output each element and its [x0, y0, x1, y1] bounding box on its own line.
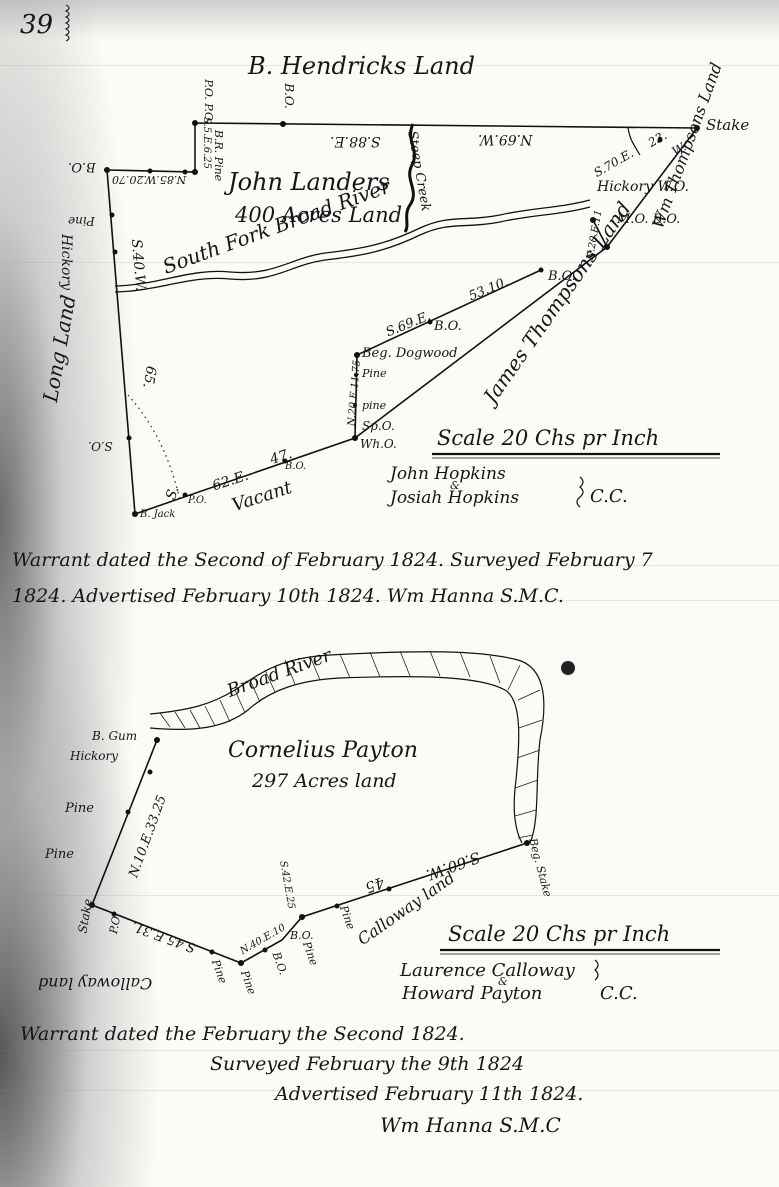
plat1-bearing-nw-jog: S.5.E.6.25 [201, 117, 211, 169]
plat1-corner-pine-west: Pine [68, 215, 95, 227]
plat2-adjoiner-southwest: Calloway land [38, 975, 152, 991]
plat2-acreage: 297 Acres land [252, 772, 397, 791]
plat2-certification-line1: Warrant dated the February the Second 18… [20, 1025, 465, 1044]
plat2-corner-pine2: Pine [45, 848, 74, 861]
plat1-corner-wo: Wh.O. [360, 438, 397, 450]
plat1-corner-beginning: Beg. Dogwood [362, 347, 458, 360]
plat1-corner-spo: Sp.O. [362, 420, 395, 432]
plat2-certification-line3: Advertised February 11th 1824. [275, 1085, 583, 1104]
plat1-adjoiner-north: B. Hendricks Land [248, 54, 475, 78]
plat1-corner-bo-east: B.O. [548, 270, 576, 283]
plat1-certification-line1: Warrant dated the Second of February 182… [12, 551, 653, 570]
plat1-corner-bo-north: B.O. [283, 83, 295, 109]
plat1-chain-carrier-1: John Hopkins [390, 466, 506, 483]
plat1-bearing-west: S.40.W. [129, 238, 147, 291]
plat1-corner-nw: B.O. [68, 160, 96, 173]
plat2-chain-carrier-1: Laurence Calloway [400, 962, 575, 980]
plat1-corner-hickory: Hickory W.O. [597, 180, 689, 194]
plat2-corner-hickory: Hickory [70, 750, 118, 762]
scanned-document-page: 39 B. Hendricks Land John Landers 400 Ac… [0, 0, 779, 1187]
plat2-corner-pine1: Pine [65, 802, 94, 815]
plat1-corner-br-pine: B.R. Pine [213, 130, 224, 181]
plat1-bearing-west-dist: 65. [140, 365, 158, 389]
plat1-scale: Scale 20 Chs pr Inch [437, 428, 659, 449]
plat1-corner-so-west: S.O. [88, 440, 113, 452]
plat1-corner-mo-bo: M.O. B.O. [617, 213, 680, 226]
plat1-cc: C.C. [590, 488, 628, 506]
plat1-corner-bo-south: B.O. [285, 462, 306, 472]
plat1-certification-line2: 1824. Advertised February 10th 1824. Wm … [12, 587, 564, 606]
plat2-chain-carrier-2: Howard Payton [402, 985, 542, 1003]
plat2-certification-line2: Surveyed February the 9th 1824 [210, 1055, 524, 1074]
plat2-corner-bgum: B. Gum [92, 730, 137, 742]
plat1-corner-hickory-west: Hickory [59, 234, 73, 290]
plat2-certification-signature: Wm Hanna S.M.C [380, 1115, 561, 1135]
plat1-corner-po-south: P.O. [188, 496, 207, 506]
plat1-corner-pine1: Pine [362, 368, 387, 379]
plat2-owner: Cornelius Payton [228, 740, 418, 762]
plat1-bearing-north: S.88.E. [330, 134, 380, 148]
plat2-scale: Scale 20 Chs pr Inch [448, 924, 670, 945]
plat1-corner-bo-mid: B.O. [434, 320, 462, 333]
plat1-bearing-north-dist: N.69.W. [478, 132, 532, 146]
plat1-corner-pine2: pine [362, 400, 386, 411]
plat1-bearing-nw: N.85.W.20.70 [112, 174, 186, 185]
page-number: 39 [20, 12, 53, 38]
plat1-corner-bjack: B. Jack [140, 510, 175, 520]
plat1-chain-carrier-2: Josiah Hopkins [390, 490, 519, 507]
plat2-corner-po: P.O. [108, 912, 122, 934]
plat1-corner-stake: Stake [706, 118, 749, 133]
plat2-cc: C.C. [600, 985, 638, 1003]
